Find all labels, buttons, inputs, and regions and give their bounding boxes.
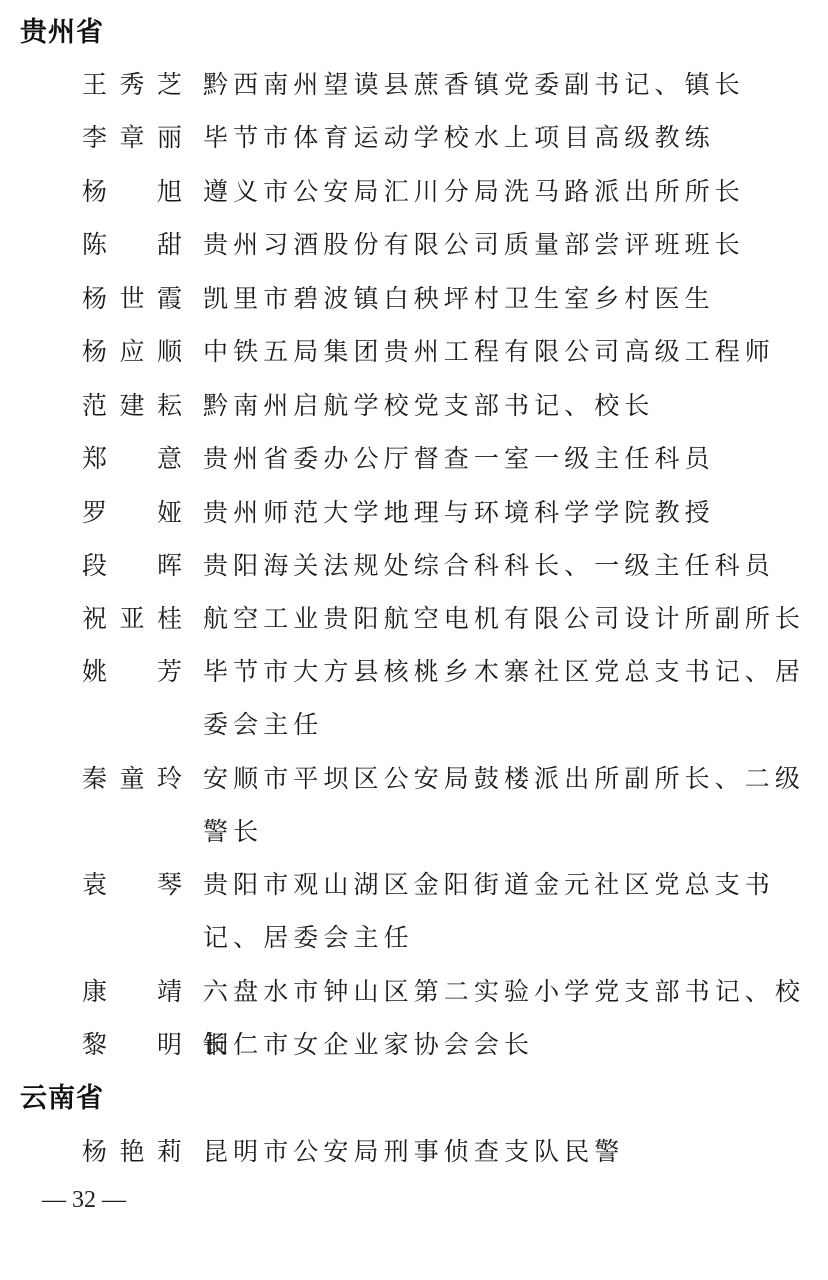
person-name: 郑意: [82, 432, 182, 485]
name-char: 姚: [82, 645, 107, 698]
name-char: 琴: [157, 858, 182, 911]
person-title: 贵州习酒股份有限公司质量部尝评班班长: [203, 218, 815, 271]
name-char: 莉: [157, 1125, 182, 1178]
province-heading-yunnan: 云南省: [20, 1082, 104, 1116]
name-char: 杨: [82, 1125, 107, 1178]
name-char: 意: [157, 432, 182, 485]
person-title: 安顺市平坝区公安局鼓楼派出所副所长、二级警长: [203, 752, 815, 859]
name-char: 王: [82, 58, 107, 111]
person-name: 杨艳莉: [82, 1125, 182, 1178]
person-name: 范建耘: [82, 379, 182, 432]
name-char: 旭: [157, 165, 182, 218]
name-char: 耘: [157, 379, 182, 432]
name-char: 秀: [119, 58, 144, 111]
name-char: 罗: [82, 486, 107, 539]
person-name: 杨旭: [82, 165, 182, 218]
name-char: 芳: [157, 645, 182, 698]
person-title: 遵义市公安局汇川分局洗马路派出所所长: [203, 165, 815, 218]
person-title: 毕节市大方县核桃乡木寨社区党总支书记、居委会主任: [203, 645, 815, 752]
name-char: 靖: [157, 965, 182, 1018]
person-title: 铜仁市女企业家协会会长: [203, 1018, 815, 1071]
name-char: 建: [119, 379, 144, 432]
person-title: 黔西南州望谟县蔗香镇党委副书记、镇长: [203, 58, 815, 111]
name-char: 祝: [82, 592, 107, 645]
person-name: 黎明: [82, 1018, 182, 1071]
person-name: 陈甜: [82, 218, 182, 271]
person-name: 康靖: [82, 965, 182, 1018]
person-name: 罗娅: [82, 486, 182, 539]
name-char: 郑: [82, 432, 107, 485]
document-page: 贵州省 王秀芝 黔西南州望谟县蔗香镇党委副书记、镇长 李章丽 毕节市体育运动学校…: [0, 0, 828, 1280]
person-title: 贵阳市观山湖区金阳街道金元社区党总支书记、居委会主任: [203, 858, 815, 965]
person-name: 祝亚桂: [82, 592, 182, 645]
person-name: 杨应顺: [82, 325, 182, 378]
person-title: 昆明市公安局刑事侦查支队民警: [203, 1125, 815, 1178]
name-char: 世: [119, 272, 144, 325]
name-char: 甜: [157, 218, 182, 271]
person-title: 航空工业贵阳航空电机有限公司设计所副所长: [203, 592, 815, 645]
name-char: 陈: [82, 218, 107, 271]
person-title: 贵州省委办公厅督查一室一级主任科员: [203, 432, 815, 485]
person-name: 杨世霞: [82, 272, 182, 325]
name-char: 顺: [157, 325, 182, 378]
name-char: 范: [82, 379, 107, 432]
name-char: 娅: [157, 486, 182, 539]
name-char: 桂: [157, 592, 182, 645]
person-name: 姚芳: [82, 645, 182, 698]
name-char: 芝: [157, 58, 182, 111]
name-char: 李: [82, 111, 107, 164]
name-char: 杨: [82, 272, 107, 325]
name-char: 章: [119, 111, 144, 164]
person-title: 中铁五局集团贵州工程有限公司高级工程师: [203, 325, 815, 378]
name-char: 袁: [82, 858, 107, 911]
name-char: 杨: [82, 165, 107, 218]
person-name: 王秀芝: [82, 58, 182, 111]
name-char: 黎: [82, 1018, 107, 1071]
name-char: 应: [119, 325, 144, 378]
name-char: 霞: [157, 272, 182, 325]
person-title: 贵州师范大学地理与环境科学学院教授: [203, 486, 815, 539]
person-title: 贵阳海关法规处综合科科长、一级主任科员: [203, 539, 815, 592]
person-title: 黔南州启航学校党支部书记、校长: [203, 379, 815, 432]
person-title: 凯里市碧波镇白秧坪村卫生室乡村医生: [203, 272, 815, 325]
person-name: 李章丽: [82, 111, 182, 164]
person-name: 袁琴: [82, 858, 182, 911]
page-number: — 32 —: [42, 1184, 126, 1216]
name-char: 秦: [82, 752, 107, 805]
name-char: 段: [82, 539, 107, 592]
name-char: 丽: [157, 111, 182, 164]
name-char: 康: [82, 965, 107, 1018]
name-char: 玲: [157, 752, 182, 805]
person-name: 段晖: [82, 539, 182, 592]
name-char: 晖: [157, 539, 182, 592]
name-char: 亚: [119, 592, 144, 645]
province-heading-guizhou: 贵州省: [20, 16, 104, 50]
person-name: 秦童玲: [82, 752, 182, 805]
name-char: 杨: [82, 325, 107, 378]
person-title: 毕节市体育运动学校水上项目高级教练: [203, 111, 815, 164]
name-char: 童: [119, 752, 144, 805]
name-char: 艳: [119, 1125, 144, 1178]
name-char: 明: [157, 1018, 182, 1071]
